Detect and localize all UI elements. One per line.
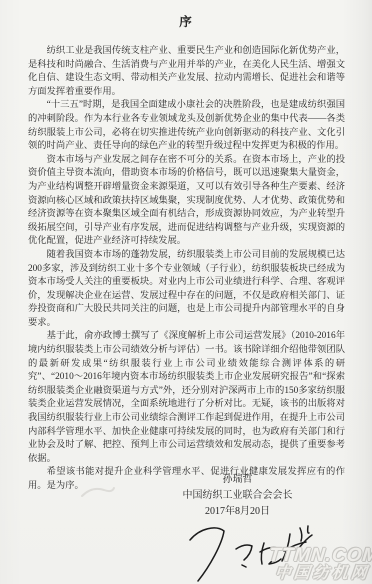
preface-paragraph-2: “十三五”时期，是我国全面建成小康社会的决胜阶段，也是建成纺织强国的冲刺阶段。作… bbox=[28, 99, 345, 153]
signature-block: 孙瑞哲 中国纺织工业联合会会长 2017年8月20日 bbox=[120, 472, 355, 520]
preface-paragraph-4: 随着我国资本市场的蓬勃发展，纺织服装类上市公司目前的发展规模已达200多家，涉及… bbox=[28, 249, 345, 331]
preface-body: 纺织工业是我国传统支柱产业、重要民生产业和创造国际化新优势产业，是科技和时尚融合… bbox=[28, 45, 345, 494]
signer-name: 孙瑞哲 bbox=[120, 472, 355, 488]
page-title: 序 bbox=[0, 12, 372, 30]
preface-paragraph-1: 纺织工业是我国传统支柱产业、重要民生产业和创造国际化新优势产业，是科技和时尚融合… bbox=[28, 45, 345, 99]
signer-org-title: 中国纺织工业联合会会长 bbox=[120, 488, 355, 504]
preface-paragraph-3: 资本市场与产业发展之间存在密不可分的关系。在资本市场上，产业的投资价值主导资本流… bbox=[28, 154, 345, 249]
signature-date: 2017年8月20日 bbox=[120, 504, 355, 520]
preface-paragraph-5: 基于此，俞亦政博士撰写了《深度解析上市公司运营发展》（2010-2016年境内纺… bbox=[28, 330, 345, 466]
handwritten-signature bbox=[178, 522, 314, 582]
scan-artifact bbox=[78, 478, 118, 504]
scanned-preface-page: 序 纺织工业是我国传统支柱产业、重要民生产业和创造国际化新优势产业，是科技和时尚… bbox=[0, 0, 372, 584]
